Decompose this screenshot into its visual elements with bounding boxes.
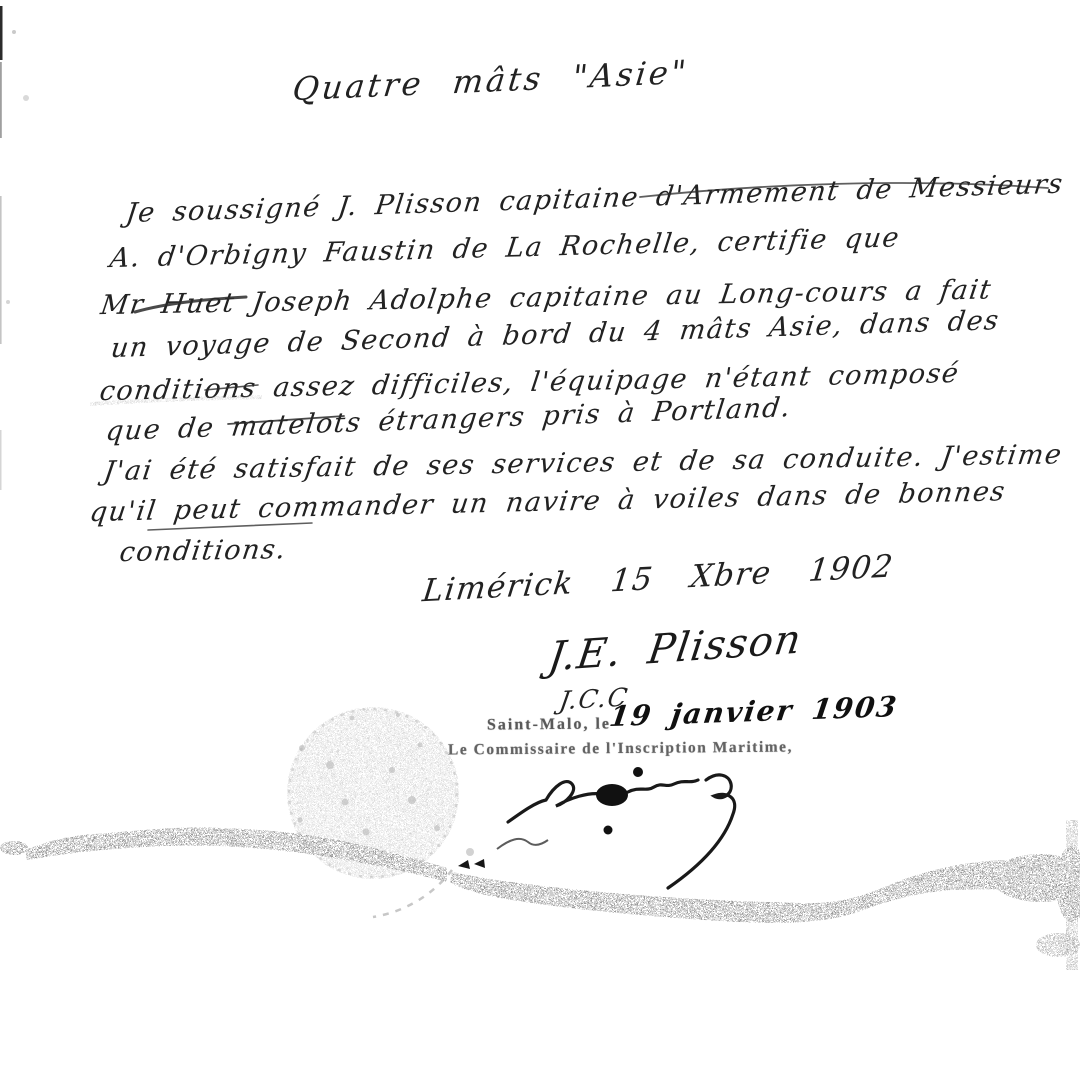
place-date-line: Limérick 15 Xbre 1902 [421,548,896,609]
document-title: Quatre mâts "Asie" [291,53,691,109]
commissioner-signature-scrawl [508,767,735,888]
stamp-place-printed: Saint-Malo, le [487,715,611,734]
ink-specks [458,859,485,869]
scan-edge-marks [0,6,29,490]
captain-signature: J.E. Plisson [545,616,805,680]
body-line: conditions assez difficiles, l'équipage … [98,358,962,407]
stamp-date-handwritten: 19 janvier 1903 [607,690,900,733]
crease-squiggle [497,839,548,849]
scanned-document-page: Quatre mâts "Asie" Je soussigné J. Pliss… [0,0,1080,1079]
body-line: conditions. [118,534,289,568]
round-ink-seal-faded [287,707,474,917]
body-line: A. d'Orbigny Faustin de La Rochelle, cer… [108,222,902,274]
stamp-commissioner-title-printed: Le Commissaire de l'Inscription Maritime… [448,738,793,759]
body-line: Je soussigné J. Plisson capitaine d'Arme… [124,169,1065,230]
